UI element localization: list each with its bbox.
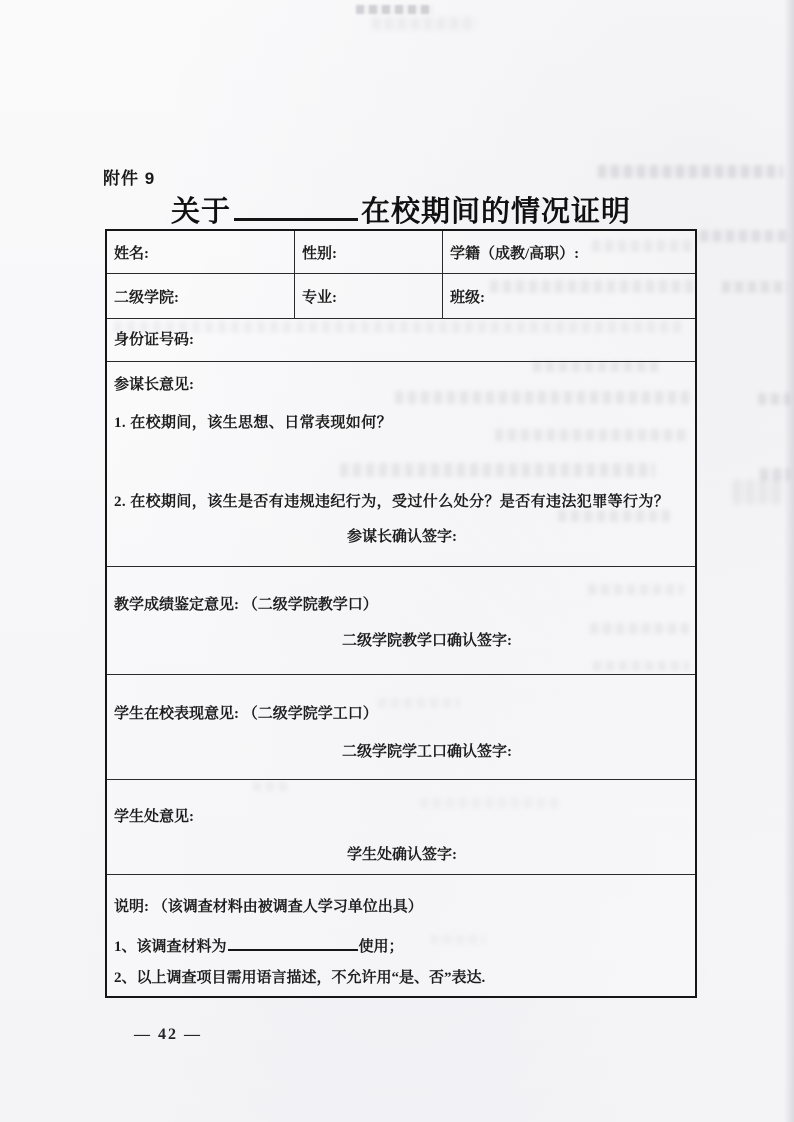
scan-smudge [356,5,434,14]
bleedthrough-artifact [700,230,788,242]
student-affairs-signature-label: 学生处确认签字: [347,847,457,863]
doc-title-suffix: 在校期间的情况证明 [361,196,631,228]
notes-item-2: 2、以上调查项目需用语言描述，不允许用“是、否”表达. [114,970,485,986]
page-number: — 42 — [134,1026,202,1044]
table-row-basic-2: 二级学院: 专业: 班级: [107,274,695,319]
title-blank-underline [234,189,358,221]
doc-title: 关于在校期间的情况证明 [105,189,697,230]
table-row-academic-opinion: 教学成绩鉴定意见: （二级学院教学口） 二级学院教学口确认签字: [107,567,695,675]
bleedthrough-artifact [758,393,790,405]
conduct-opinion-label: 学生在校表现意见: （二级学院学工口） [114,706,378,722]
bleedthrough-artifact [760,468,790,481]
chief-question-2: 2. 在校期间，该生是否有违规违纪行为，受过什么处分？是否有违法犯罪等行为？ [114,494,669,510]
notes-blank-underline [228,934,358,951]
table-row-chief-of-staff-opinion: 参谋长意见: 1. 在校期间，该生思想、日常表现如何？ 2. 在校期间，该生是否… [107,362,695,567]
table-row-student-affairs-opinion: 学生处意见: 学生处确认签字: [107,780,695,875]
chief-signature-label: 参谋长确认签字: [347,529,457,545]
notes-item-1-prefix: 1、该调查材料为 [114,939,227,955]
academic-opinion-label: 教学成绩鉴定意见: （二级学院教学口） [114,597,378,613]
college-field-label: 二级学院: [107,274,295,318]
chief-opinion-label: 参谋长意见: [114,377,194,393]
doc-title-prefix: 关于 [171,196,231,228]
scan-smudge [372,17,477,30]
enrollment-field-label: 学籍（成教/高职）: [443,231,695,273]
bleedthrough-artifact [598,165,783,178]
bleedthrough-artifact [722,281,788,293]
id-number-field-label: 身份证号码: [114,332,194,348]
table-row-notes: 说明: （该调查材料由被调查人学习单位出具） 1、该调查材料为使用； 2、以上调… [107,875,695,995]
info-table: 姓名: 性别: 学籍（成教/高职）: 二级学院: 专业: 班级: 身份证号码: … [105,229,697,998]
table-row-id-number: 身份证号码: [107,319,695,362]
academic-signature-label: 二级学院教学口确认签字: [342,633,512,649]
notes-item-1: 1、该调查材料为使用； [114,934,404,955]
notes-label: 说明: （该调查材料由被调查人学习单位出具） [114,899,423,915]
class-field-label: 班级: [443,274,695,318]
table-row-conduct-opinion: 学生在校表现意见: （二级学院学工口） 二级学院学工口确认签字: [107,675,695,780]
name-field-label: 姓名: [107,231,295,273]
chief-question-1: 1. 在校期间，该生思想、日常表现如何？ [114,415,392,431]
table-row-basic-1: 姓名: 性别: 学籍（成教/高职）: [107,231,695,274]
conduct-signature-label: 二级学院学工口确认签字: [342,744,512,760]
gender-field-label: 性别: [295,231,443,273]
major-field-label: 专业: [295,274,443,318]
scanned-page: 附件 9 关于在校期间的情况证明 姓名: 性别: 学籍（成教/高职）: 二级学院… [0,0,794,1122]
notes-item-1-suffix: 使用； [359,939,404,955]
bleedthrough-artifact [733,480,785,504]
attachment-label: 附件 9 [103,164,155,189]
student-affairs-opinion-label: 学生处意见: [114,809,194,825]
